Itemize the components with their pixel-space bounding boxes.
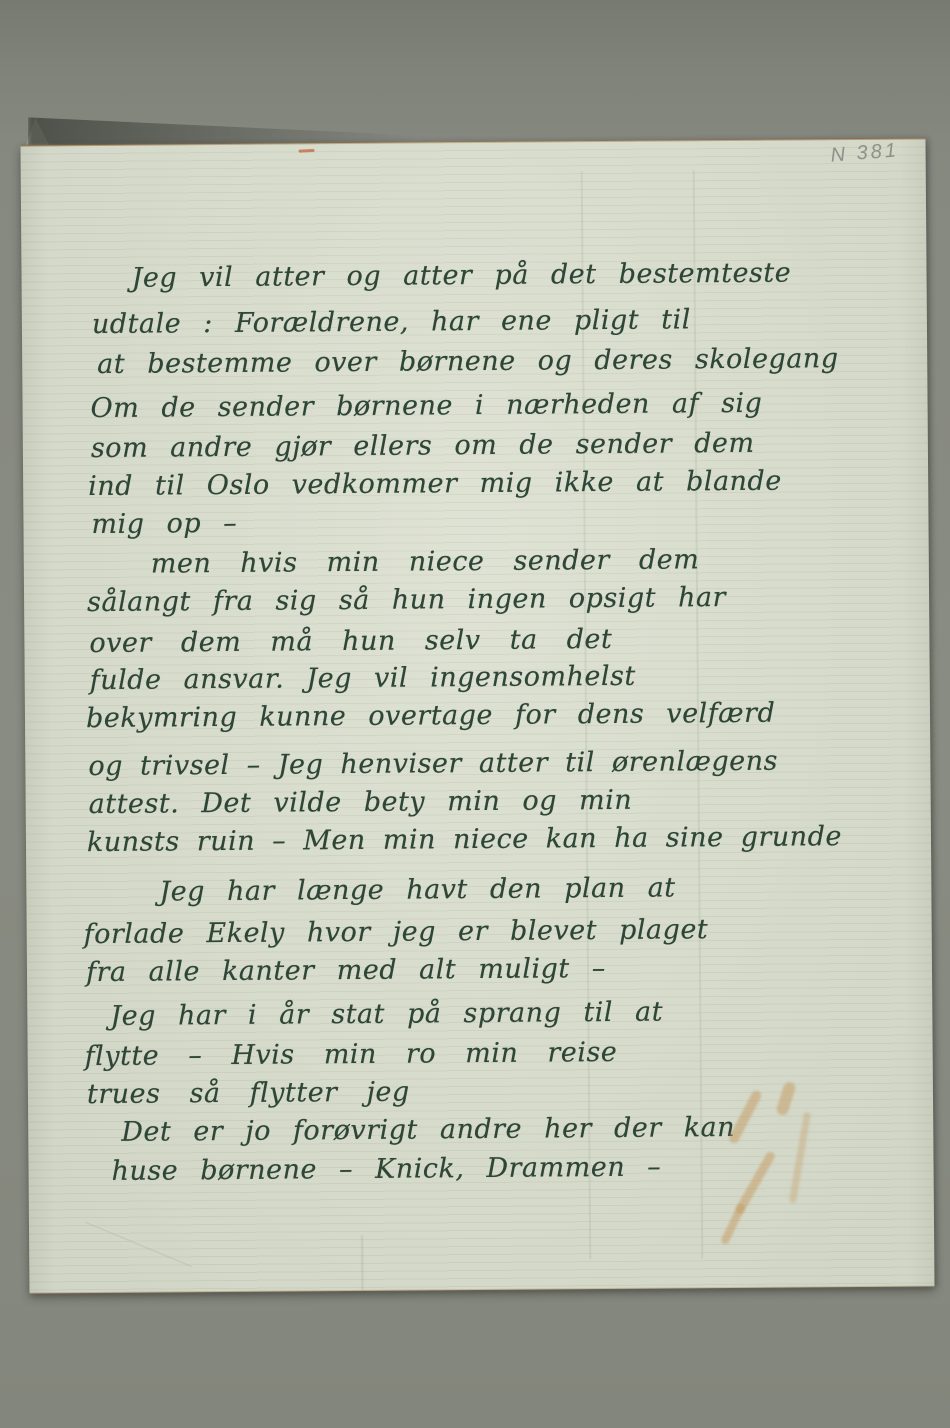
handwritten-line: bekymring kunne overtage for dens velfær… [86,699,776,734]
paper-crease [85,1221,192,1267]
handwritten-line: Jeg har længe havt den plan at [159,873,675,907]
paper-bottom-edge [30,1285,935,1294]
handwritten-line: huse børnene – Knick, Drammen – [111,1153,661,1187]
handwritten-line: men hvis min niece sender dem [151,545,700,579]
ink-stain [789,1112,811,1204]
handwritten-line: mig op – [91,509,237,540]
handwritten-line: som andre gjør ellers om de sender dem [91,429,755,464]
red-edge-mark [298,149,314,153]
handwritten-line: Om de sender børnene i nærheden af sig [90,389,762,424]
handwritten-line: og trivsel – Jeg henviser atter til øren… [88,747,778,782]
handwritten-line: attest. Det vilde bety min og min [89,786,633,820]
handwritten-line: forlade Ekely hvor jeg er blevet plaget [84,915,709,950]
paper-crease [361,1235,363,1291]
photograph-background: N 381 Jeg vil atter og atter på det best… [0,0,950,1428]
handwritten-line: at bestemme over børnene og deres skoleg… [97,344,839,380]
handwritten-line: udtale : Forældrene, har ene pligt til [92,305,691,339]
handwritten-line: Jeg har i år stat på sprang til at [110,998,663,1032]
paper-edge-shadow [28,94,468,146]
handwritten-line: kunsts ruin – Men min niece kan ha sine … [87,822,842,858]
handwritten-line: sålangt fra sig så hun ingen opsigt har [87,583,726,618]
handwritten-line: Jeg vil atter og atter på det bestemtest… [131,259,791,294]
ink-stain [720,1202,746,1245]
handwritten-line: fra alle kanter med alt muligt – [86,954,606,988]
letter-page: N 381 Jeg vil atter og atter på det best… [21,138,935,1293]
archival-number: N 381 [830,139,900,167]
handwritten-line: trues så flytter jeg [87,1078,410,1110]
handwritten-line: Det er jo forøvrigt andre her der kan [121,1113,735,1148]
ink-stain [775,1081,797,1117]
handwritten-line: fulde ansvar. Jeg vil ingensomhelst [90,662,636,696]
handwritten-line: over dem må hun selv ta det [89,625,612,659]
handwritten-line: ind til Oslo vedkommer mig ikke at bland… [88,467,782,502]
handwritten-line: flytte – Hvis min ro min reise [85,1038,618,1072]
